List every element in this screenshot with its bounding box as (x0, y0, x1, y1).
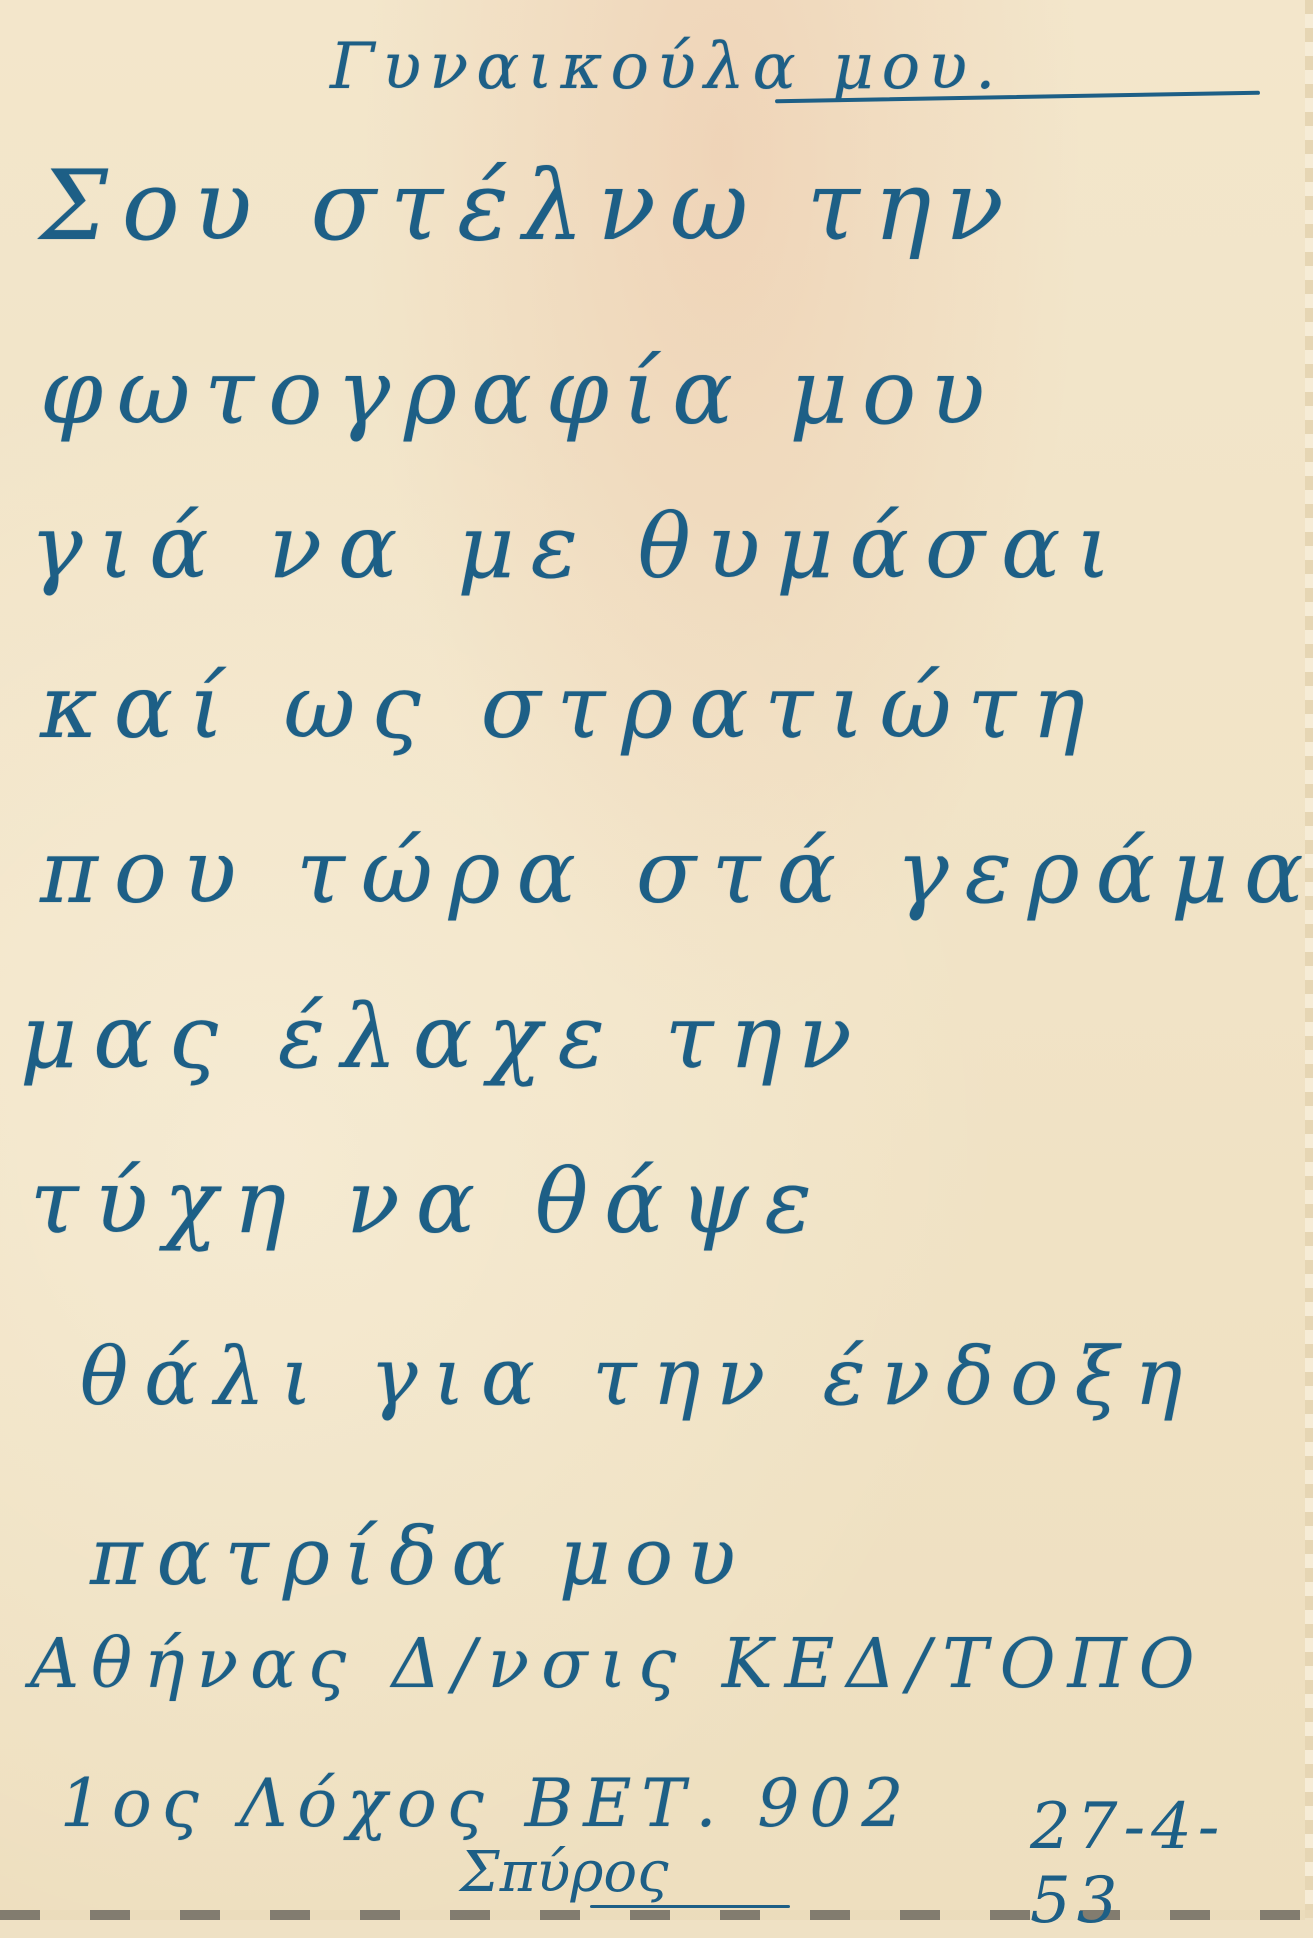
handwritten-line: καί ως στρατιώτη (40, 655, 1101, 758)
deckled-edge-right (1305, 0, 1313, 1920)
handwritten-line: μας έλαχε την (20, 985, 868, 1088)
handwritten-line: θάλι για την ένδοξη (80, 1330, 1198, 1423)
signature-underline (590, 1905, 790, 1908)
address-line: Αθήνας Δ/νσις ΚΕΔ/ΤΟΠΟ (30, 1625, 1207, 1704)
handwritten-line: που τώρα στά γεράματα (40, 820, 1313, 923)
handwritten-line: τύχη να θάψε (30, 1150, 828, 1253)
handwritten-line: πατρίδα μου (90, 1510, 750, 1603)
handwritten-line: γιά να με θυμάσαι (30, 495, 1127, 598)
handwritten-line: Σου στέλνω την (40, 150, 1018, 262)
unit-line: 1ος Λόχος ΒΕΤ. 902 (60, 1765, 913, 1842)
handwritten-line: φωτογραφία μου (40, 340, 999, 445)
salutation-line: Γυναικούλα μου. (330, 30, 1003, 104)
photo-back-card: Γυναικούλα μου. Σου στέλνω την φωτογραφί… (0, 0, 1313, 1920)
signature: Σπύρος (460, 1840, 668, 1905)
date-text: 27-4-53 (1030, 1790, 1313, 1920)
